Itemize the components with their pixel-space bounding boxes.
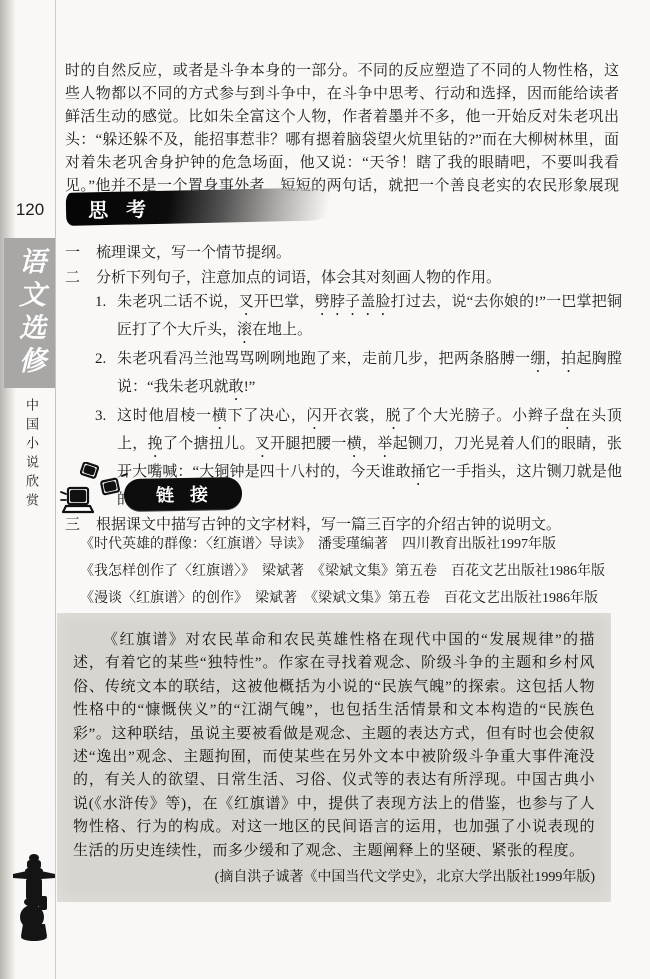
- text-segment: 了个大光膀子。小辫子: [401, 408, 559, 424]
- book-title-vertical: 中国小说欣赏: [22, 398, 41, 512]
- links-section-header: 链接: [60, 462, 242, 525]
- excerpt-source: (摘自洪子诚著《中国当代文学史》，北京大学出版社1999年版): [73, 866, 595, 890]
- links-section-title: 链接: [138, 480, 228, 508]
- emphasized-word: 叉: [239, 294, 254, 310]
- emphasized-word: 劈脖子盖脸: [315, 294, 391, 310]
- text-segment: 开巴掌，: [254, 294, 315, 310]
- emphasized-word: 拍: [561, 351, 576, 367]
- think-item-1: 一 梳理课文，写一个情节提纲。: [65, 242, 622, 266]
- subitem-number: 2.: [95, 348, 117, 404]
- item-label: 二: [65, 267, 96, 291]
- oil-lamp-icon: [13, 852, 55, 953]
- emphasized-word: 盘: [560, 408, 576, 424]
- text-segment: 朱老巩二话不说，: [117, 294, 239, 310]
- textbook-page: { "page": { "number": "120" }, "sidebar"…: [0, 0, 650, 979]
- emphasized-word: 举: [377, 436, 392, 452]
- item-text: 梳理课文，写一个情节提纲。: [96, 242, 622, 266]
- excerpt-box: 《红旗谱》对农民革命和农民英雄性格在现代中国的“发展规律”的描述，有着它的某些“…: [57, 613, 611, 902]
- text-segment: 开腿把腰一: [270, 436, 347, 452]
- item-label: 一: [65, 242, 96, 266]
- emphasized-word: 横: [212, 408, 228, 424]
- emphasized-word: 闪: [307, 408, 323, 424]
- excerpt-text: 《红旗谱》对农民革命和农民英雄性格在现代中国的“发展规律”的描述，有着它的某些“…: [73, 629, 595, 863]
- emphasized-word: 捅: [411, 464, 426, 480]
- emphasized-word: 叉: [255, 436, 270, 452]
- reference-entry: 《漫谈〈红旗谱〉的创作》 梁斌著 《梁斌文集》第五卷 百花文艺出版社1986年版: [80, 585, 620, 612]
- sidebar-divider-line: [55, 0, 56, 979]
- series-title-block: 语文选修: [4, 238, 55, 388]
- page-number: 120: [10, 200, 50, 220]
- think-subitem-2: 2. 朱老巩看冯兰池骂骂咧咧地跑了来，走前几步，把两条胳膊一绷，拍起胸膛说：“我…: [95, 348, 622, 404]
- links-title-capsule: 链接: [124, 476, 243, 510]
- subitem-text: 朱老巩二话不说，叉开巴掌，劈脖子盖脸打过去，说“去你娘的!”一巴掌把铜匠打了个大…: [117, 291, 622, 347]
- computers-icon: [60, 462, 132, 525]
- text-segment: ，: [362, 436, 377, 452]
- item-text: 分析下列句子，注意加点的词语，体会其对刻画人物的作用。: [96, 267, 622, 291]
- reference-entry: 《时代英雄的群像：〈红旗谱〉导读》 潘雯瑾编著 四川教育出版社1997年版: [80, 531, 620, 558]
- reference-list: 《时代英雄的群像：〈红旗谱〉导读》 潘雯瑾编著 四川教育出版社1997年版 《我…: [80, 531, 620, 612]
- think-item-2: 二 分析下列句子，注意加点的词语，体会其对刻画人物的作用。: [65, 267, 622, 291]
- text-segment: 在地上。: [252, 322, 312, 338]
- subitem-number: 1.: [95, 291, 117, 347]
- text-segment: 了个搪扭儿。: [163, 436, 255, 452]
- emphasized-word: 敢: [229, 379, 244, 395]
- emphasized-word: 横: [347, 436, 362, 452]
- emphasized-word: 挽: [148, 436, 163, 452]
- text-segment: 这时他眉棱一: [117, 408, 212, 424]
- subitem-text: 朱老巩看冯兰池骂骂咧咧地跑了来，走前几步，把两条胳膊一绷，拍起胸膛说：“我朱老巩…: [117, 348, 622, 404]
- text-segment: ，: [546, 351, 561, 367]
- text-segment: 开衣裳，: [322, 408, 385, 424]
- page-gutter-shadow: [0, 0, 16, 979]
- reference-entry: 《我怎样创作了〈红旗谱〉》 梁斌著 《梁斌文集》第五卷 百花文艺出版社1986年…: [80, 558, 620, 585]
- text-segment: !”: [244, 379, 256, 395]
- think-subitem-1: 1. 朱老巩二话不说，叉开巴掌，劈脖子盖脸打过去，说“去你娘的!”一巴掌把铜匠打…: [95, 291, 622, 347]
- emphasized-word: 滚: [237, 322, 252, 338]
- think-section-header: 思考: [66, 187, 339, 226]
- think-section-title: 思考: [66, 193, 165, 224]
- emphasized-word: 脱: [386, 408, 402, 424]
- emphasized-word: 绷: [530, 351, 545, 367]
- text-segment: 下了决心，: [228, 408, 307, 424]
- text-segment: 朱老巩看冯兰池骂骂咧咧地跑了来，走前几步，把两条胳膊一: [117, 351, 530, 367]
- series-title-vertical: 语文选修: [16, 247, 43, 379]
